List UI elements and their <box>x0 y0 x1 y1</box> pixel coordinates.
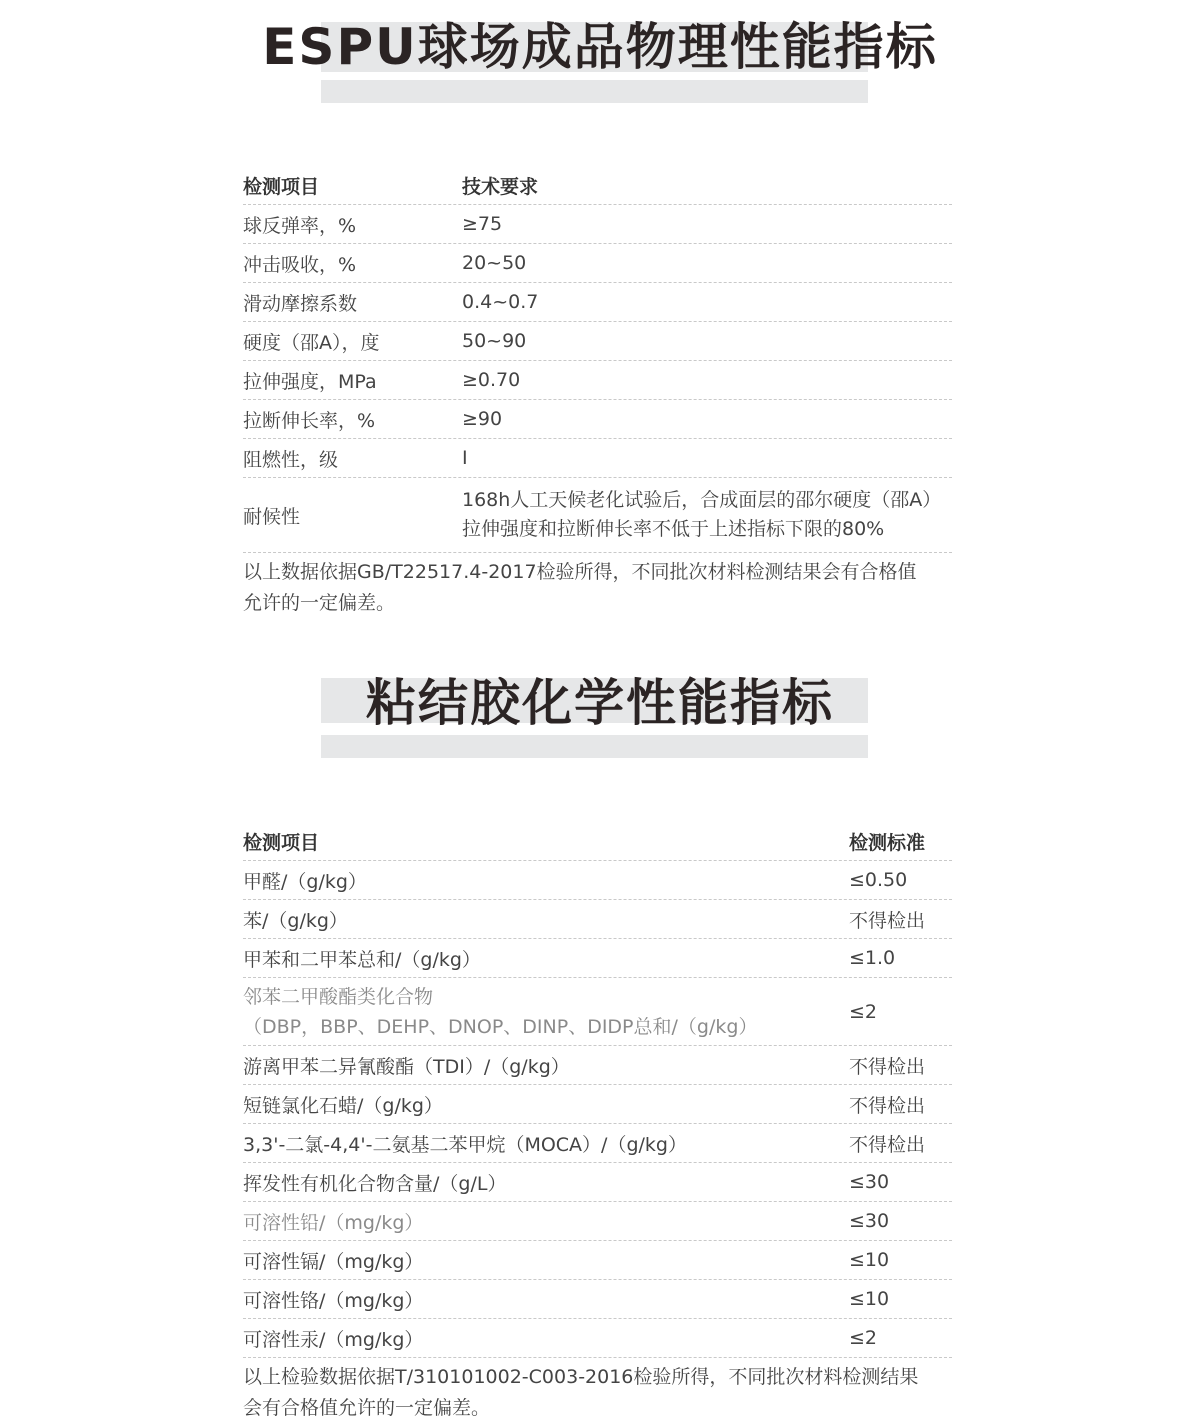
table-row: 可溶性铅/（mg/kg） ≤30 <box>243 1202 952 1241</box>
row-item: 短链氯化石蜡/（g/kg） <box>243 1091 849 1118</box>
table-row: 3,3'-二氯-4,4'-二氨基二苯甲烷（MOCA）/（g/kg） 不得检出 <box>243 1124 952 1163</box>
row-value: 不得检出 <box>849 1091 952 1118</box>
row-value: 20~50 <box>462 252 952 274</box>
row-value: ≤1.0 <box>849 947 952 969</box>
table-row: 滑动摩擦系数 0.4~0.7 <box>243 283 952 322</box>
row-value: ≤0.50 <box>849 869 952 891</box>
row-item: 3,3'-二氯-4,4'-二氨基二苯甲烷（MOCA）/（g/kg） <box>243 1130 849 1157</box>
row-value: ≥90 <box>462 408 952 430</box>
row-item: 可溶性镉/（mg/kg） <box>243 1247 849 1274</box>
row-value: 50~90 <box>462 330 952 352</box>
row-item: 邻苯二甲酸酯类化合物 （DBP，BBP、DEHP、DNOP、DINP、DIDP总… <box>243 982 849 1042</box>
row-item: 硬度（邵A），度 <box>243 328 462 355</box>
row-item: 球反弹率，% <box>243 211 462 238</box>
row-item: 耐候性 <box>243 502 462 529</box>
row-value: 168h人工天候老化试验后，合成面层的邵尔硬度（邵A） 拉伸强度和拉断伸长率不低… <box>462 486 952 544</box>
row-item: 冲击吸收，% <box>243 250 462 277</box>
table-row: 球反弹率，% ≥75 <box>243 205 952 244</box>
row-item: 拉断伸长率，% <box>243 406 462 433</box>
footnote-line: 允许的一定偏差。 <box>243 588 952 619</box>
table-header-row: 检测项目 技术要求 <box>243 166 952 205</box>
section1-footnote: 以上数据依据GB/T22517.4-2017检验所得，不同批次材料检测结果会有合… <box>243 553 952 619</box>
row-value: 0.4~0.7 <box>462 291 952 313</box>
table-row: 拉伸强度，MPa ≥0.70 <box>243 361 952 400</box>
table-row: 硬度（邵A），度 50~90 <box>243 322 952 361</box>
row-item: 可溶性铅/（mg/kg） <box>243 1208 849 1235</box>
row-value: ≤10 <box>849 1288 952 1310</box>
physical-properties-table: 检测项目 技术要求 球反弹率，% ≥75 冲击吸收，% 20~50 滑动摩擦系数… <box>243 166 952 619</box>
row-value-line: 拉伸强度和拉断伸长率不低于上述指标下限的80% <box>462 515 952 544</box>
table-row: 游离甲苯二异氰酸酯（TDI）/（g/kg） 不得检出 <box>243 1046 952 1085</box>
row-item: 阻燃性，级 <box>243 445 462 472</box>
row-value: 不得检出 <box>849 1052 952 1079</box>
row-value: 不得检出 <box>849 906 952 933</box>
row-value: 不得检出 <box>849 1130 952 1157</box>
table-row: 甲醛/（g/kg） ≤0.50 <box>243 861 952 900</box>
table-row: 可溶性铬/（mg/kg） ≤10 <box>243 1280 952 1319</box>
title-underline-bar <box>321 80 868 103</box>
row-item-line: 邻苯二甲酸酯类化合物 <box>243 982 849 1012</box>
row-item: 挥发性有机化合物含量/（g/L） <box>243 1169 849 1196</box>
section2-title: 粘结胶化学性能指标 <box>0 670 1200 736</box>
table-row: 邻苯二甲酸酯类化合物 （DBP，BBP、DEHP、DNOP、DINP、DIDP总… <box>243 978 952 1046</box>
section2-title-block: 粘结胶化学性能指标 <box>0 660 1200 770</box>
footnote-line: 以上数据依据GB/T22517.4-2017检验所得，不同批次材料检测结果会有合… <box>243 557 952 588</box>
section2-footnote: 以上检验数据依据T/310101002-C003-2016检验所得，不同批次材料… <box>243 1358 952 1424</box>
row-value: I <box>462 447 952 469</box>
table-row: 挥发性有机化合物含量/（g/L） ≤30 <box>243 1163 952 1202</box>
row-item: 游离甲苯二异氰酸酯（TDI）/（g/kg） <box>243 1052 849 1079</box>
table-row: 阻燃性，级 I <box>243 439 952 478</box>
row-value: ≤10 <box>849 1249 952 1271</box>
table-row: 耐候性 168h人工天候老化试验后，合成面层的邵尔硬度（邵A） 拉伸强度和拉断伸… <box>243 478 952 553</box>
row-value: ≤2 <box>849 1327 952 1349</box>
chemical-properties-table: 检测项目 检测标准 甲醛/（g/kg） ≤0.50 苯/（g/kg） 不得检出 … <box>243 822 952 1424</box>
header-item: 检测项目 <box>243 172 462 199</box>
table-header-row: 检测项目 检测标准 <box>243 822 952 861</box>
section1-title-block: ESPU球场成品物理性能指标 <box>0 0 1200 110</box>
header-requirement: 技术要求 <box>462 172 952 199</box>
header-item: 检测项目 <box>243 828 849 855</box>
table-row: 甲苯和二甲苯总和/（g/kg） ≤1.0 <box>243 939 952 978</box>
row-value: ≤30 <box>849 1210 952 1232</box>
row-item: 苯/（g/kg） <box>243 906 849 933</box>
table-row: 短链氯化石蜡/（g/kg） 不得检出 <box>243 1085 952 1124</box>
row-value: ≥75 <box>462 213 952 235</box>
row-value: ≤2 <box>849 1001 952 1023</box>
title-underline-bar <box>321 735 868 758</box>
row-item: 拉伸强度，MPa <box>243 367 462 394</box>
row-item: 甲苯和二甲苯总和/（g/kg） <box>243 945 849 972</box>
table-row: 拉断伸长率，% ≥90 <box>243 400 952 439</box>
table-row: 苯/（g/kg） 不得检出 <box>243 900 952 939</box>
row-value: ≤30 <box>849 1171 952 1193</box>
row-value-line: 168h人工天候老化试验后，合成面层的邵尔硬度（邵A） <box>462 486 952 515</box>
row-item-line: （DBP，BBP、DEHP、DNOP、DINP、DIDP总和/（g/kg） <box>243 1012 849 1042</box>
header-standard: 检测标准 <box>849 828 952 855</box>
table-row: 冲击吸收，% 20~50 <box>243 244 952 283</box>
footnote-line: 以上检验数据依据T/310101002-C003-2016检验所得，不同批次材料… <box>243 1362 952 1393</box>
table-row: 可溶性镉/（mg/kg） ≤10 <box>243 1241 952 1280</box>
footnote-line: 会有合格值允许的一定偏差。 <box>243 1393 952 1424</box>
row-item: 滑动摩擦系数 <box>243 289 462 316</box>
row-item: 可溶性汞/（mg/kg） <box>243 1325 849 1352</box>
table-row: 可溶性汞/（mg/kg） ≤2 <box>243 1319 952 1358</box>
row-value: ≥0.70 <box>462 369 952 391</box>
row-item: 可溶性铬/（mg/kg） <box>243 1286 849 1313</box>
section1-title: ESPU球场成品物理性能指标 <box>0 14 1200 80</box>
row-item: 甲醛/（g/kg） <box>243 867 849 894</box>
